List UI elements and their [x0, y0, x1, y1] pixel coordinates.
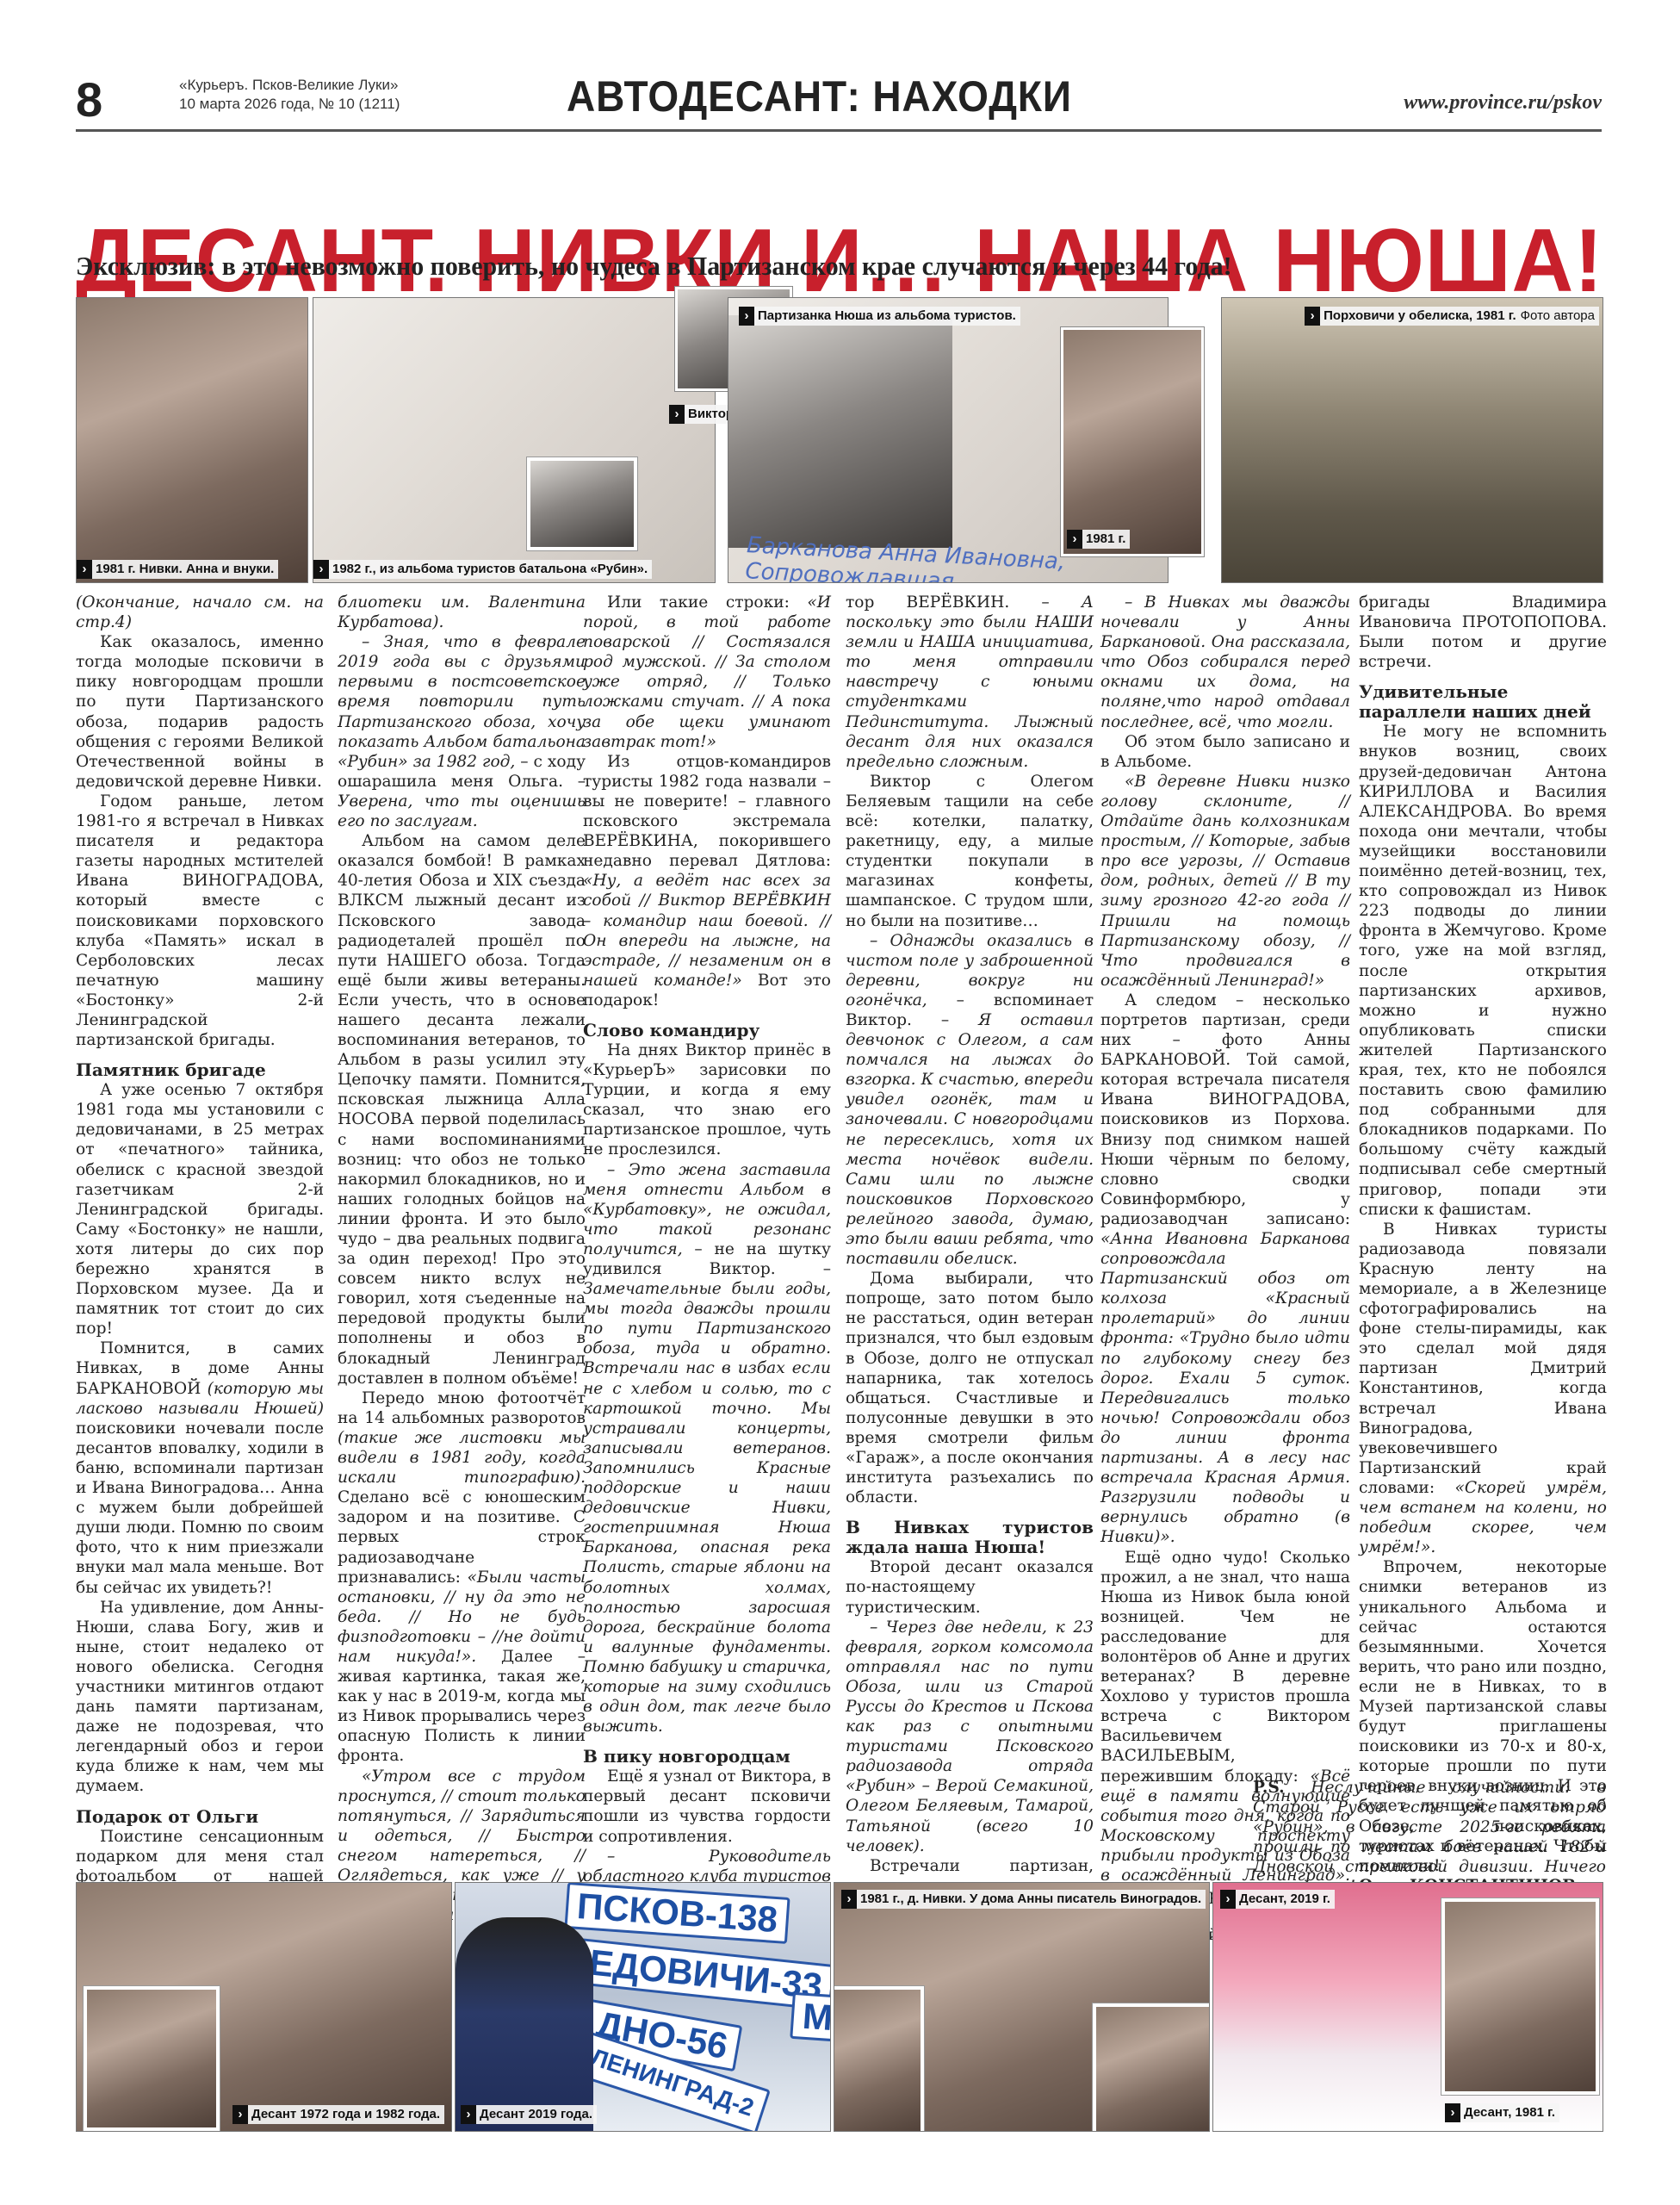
chevron-right-icon: › — [1305, 307, 1320, 326]
publication-info: «Курьеръ. Псков-Великие Луки» 10 марта 2… — [179, 76, 400, 114]
paragraph: Ещё я узнал от Виктора, в первый десант … — [583, 1767, 831, 1846]
chevron-right-icon: › — [461, 2105, 476, 2124]
paragraph: блиотеки им. Валентина Курбатова). — [338, 593, 586, 632]
photo-porkhov-obelisk: ›Порховичи у обелиска, 1981 г.Фото автор… — [1221, 297, 1603, 583]
postscript-text: Неслучайные случайности: в Старой Руссе … — [1253, 1779, 1606, 1896]
chevron-right-icon: › — [77, 560, 92, 579]
paragraph: бригады Владимира Ивановича ПРОТОПОПОВА.… — [1359, 593, 1607, 672]
photo-anna-and-grandchildren: ›1981 г. Нивки. Анна и внуки. — [76, 297, 308, 583]
photo-album-rubin: ›1982 г., из альбома туристов батальона … — [313, 297, 716, 583]
issue-info: 10 марта 2026 года, № 10 (1211) — [179, 95, 400, 114]
photo-caption: ›Десант 1972 года и 1982 года. — [232, 2105, 444, 2124]
chevron-right-icon: › — [1445, 2103, 1460, 2122]
photo-caption: ›1981 г., д. Нивки. У дома Анны писатель… — [841, 1890, 1206, 1909]
paragraph: Помнится, в самих Нивках, в доме Анны БА… — [76, 1339, 324, 1597]
photo-caption: ›Партизанка Нюша из альбома туристов. — [739, 307, 1020, 326]
chevron-right-icon: › — [313, 560, 329, 579]
paragraph: – Через две недели, к 23 февраля, горком… — [846, 1618, 1094, 1856]
paragraph: Альбом на самом деле оказался бомбой! В … — [338, 831, 586, 1388]
article-column-6: бригады Владимира Ивановича ПРОТОПОПОВА.… — [1359, 593, 1607, 1916]
paragraph: Из отцов-командиров туристы 1982 года на… — [583, 752, 831, 1010]
inset-photo-pyramid — [834, 1986, 924, 2132]
photo-caption: ›Порховичи у обелиска, 1981 г.Фото автор… — [1305, 307, 1599, 326]
paragraph: (Окончание, начало см. на стр.4) — [76, 593, 324, 632]
article-column-4: тор ВЕРЁВКИН. – А поскольку это были НАШ… — [846, 593, 1094, 2015]
paragraph: В Нивках туристы радиозавода повязали Кр… — [1359, 1220, 1607, 1558]
article-column-2: блиотеки им. Валентина Курбатова).– Зная… — [338, 593, 586, 1945]
page-header: 8 «Курьеръ. Псков-Великие Луки» 10 марта… — [76, 69, 1602, 132]
paragraph: тор ВЕРЁВКИН. – А поскольку это были НАШ… — [846, 593, 1094, 772]
chevron-right-icon: › — [1067, 530, 1082, 549]
section-subheading: Удивительные параллели наших дней — [1359, 682, 1607, 722]
chevron-right-icon: › — [232, 2105, 248, 2124]
inset-photo-group — [84, 1986, 220, 2131]
photo-caption: ›1982 г., из альбома туристов батальона … — [313, 560, 652, 579]
paragraph: Дома выбирали, что попроще, зато потом б… — [846, 1269, 1094, 1507]
paragraph: Передо мною фотоотчёт на 14 альбомных ра… — [338, 1388, 586, 1767]
nyusha-portrait — [728, 315, 952, 548]
publication-name: «Курьеръ. Псков-Великие Луки» — [179, 76, 400, 95]
paragraph: А следом – несколько портретов партизан,… — [1100, 991, 1350, 1548]
paragraph: Второй десант оказался по-настоящему тур… — [846, 1557, 1094, 1617]
section-subheading: В пику новгородцам — [583, 1747, 831, 1767]
article-column-1: (Окончание, начало см. на стр.4)Как оказ… — [76, 593, 324, 1985]
postscript: P.S. Неслучайные случайности: в Старой Р… — [1253, 1778, 1606, 1899]
paragraph: – Зная, что в феврале 2019 года вы с дру… — [338, 632, 586, 831]
paragraph: Как оказалось, именно тогда молодые пско… — [76, 632, 324, 792]
paragraph: Об этом было записано и в Альбоме. — [1100, 732, 1350, 772]
photo-desant-2019-ski: ›Десант, 2019 г. ›Десант, 1981 г. — [1212, 1882, 1603, 2132]
photo-caption: ›Десант 2019 года. — [461, 2105, 597, 2124]
photo-caption: ›1981 г. Нивки. Анна и внуки. — [77, 560, 278, 579]
chevron-right-icon: › — [841, 1890, 857, 1909]
road-sign: МО — [790, 1992, 831, 2044]
section-rubric: АВТОДЕСАНТ: НАХОДКИ — [567, 72, 1072, 121]
paragraph: На днях Виктор принёс в «КурьерЪ» зарисо… — [583, 1040, 831, 1160]
inset-photo-speaker — [1093, 2003, 1210, 2132]
photo-credit: Фото автора — [1521, 307, 1595, 326]
photo-nivki-vinogradov: ›1981 г., д. Нивки. У дома Анны писатель… — [834, 1882, 1210, 2132]
paragraph: Виктор с Олегом Беляевым тащили на себе … — [846, 772, 1094, 931]
paragraph: На удивление, дом Анны-Нюши, слава Богу,… — [76, 1598, 324, 1797]
chevron-right-icon: › — [739, 307, 754, 326]
photo-caption: ›Десант, 2019 г. — [1220, 1890, 1335, 1909]
inset-photo-desant-1981 — [1441, 1898, 1599, 2095]
road-sign: ПСКОВ-138 — [564, 1882, 790, 1944]
article-column-5: – В Нивках мы дважды ночевали у Анны Бар… — [1100, 593, 1350, 1945]
paragraph: – Это жена заставила меня отнести Альбом… — [583, 1160, 831, 1737]
chevron-right-icon: › — [669, 405, 685, 424]
photo-1981-man-with-helmet: ›1981 г. — [1061, 327, 1204, 556]
paragraph: «В деревне Нивки низко голову склоните, … — [1100, 772, 1350, 991]
paragraph: – В Нивках мы дважды ночевали у Анны Бар… — [1100, 593, 1350, 732]
article-subheadline: Эксклюзив: в это невозможно поверить, но… — [76, 250, 1563, 283]
section-subheading: Памятник бригаде — [76, 1060, 324, 1080]
photo-desant-1972-1982: ›Десант 1972 года и 1982 года. — [76, 1882, 452, 2132]
paragraph: А уже осенью 7 октября 1981 года мы уста… — [76, 1080, 324, 1339]
chevron-right-icon: › — [1220, 1890, 1236, 1909]
photo-caption: ›1981 г. — [1067, 530, 1130, 549]
inset-photo-woman-portrait — [527, 457, 637, 550]
paragraph: Или такие строки: «И порой, в той работе… — [583, 593, 831, 752]
paragraph: Не могу не вспомнить внуков возниц, свои… — [1359, 722, 1607, 1219]
photo-caption: ›Десант, 1981 г. — [1445, 2103, 1559, 2122]
website-link[interactable]: www.province.ru/pskov — [1404, 91, 1602, 115]
paragraph: Годом раньше, летом 1981-го я встречал в… — [76, 792, 324, 1050]
paragraph: – Однажды оказались в чистом поле у забр… — [846, 931, 1094, 1270]
section-subheading: В Нивках туристов ждала наша Нюша! — [846, 1518, 1094, 1557]
person-figure — [456, 1917, 593, 2131]
page-number: 8 — [76, 76, 102, 124]
photo-desant-2019-signs: ПСКОВ-138 ДЕДОВИЧИ-33 ДНО-56 ЛЕНИНГРАД-2… — [455, 1882, 831, 2132]
postscript-label: P.S. — [1253, 1779, 1285, 1797]
article-column-3: Или такие строки: «И порой, в той работе… — [583, 593, 831, 1985]
section-subheading: Подарок от Ольги — [76, 1807, 324, 1827]
section-subheading: Слово командиру — [583, 1021, 831, 1040]
